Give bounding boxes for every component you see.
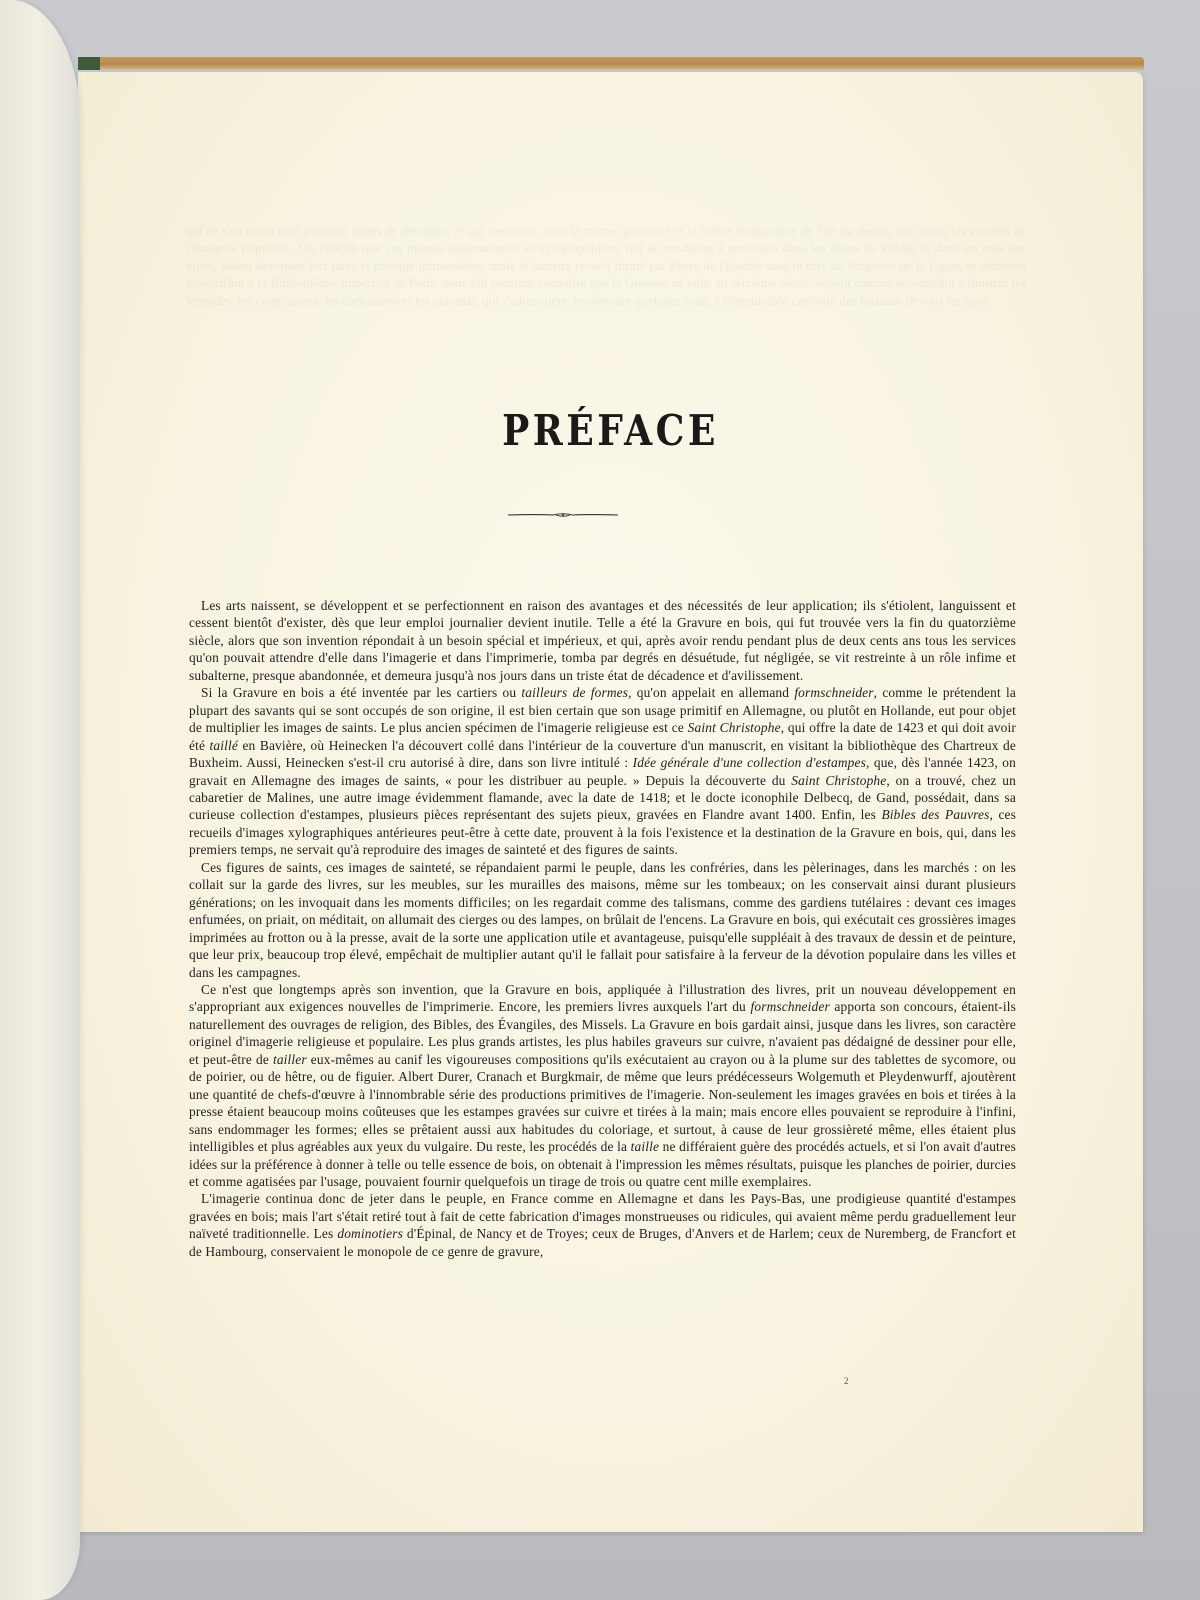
preface-body: Les arts naissent, se développent et se … bbox=[189, 597, 1016, 1260]
facing-page-curl bbox=[0, 0, 80, 1600]
text-run: Si la Gravure en bois a été inventée par… bbox=[201, 685, 521, 700]
paragraph: Les arts naissent, se développent et se … bbox=[189, 597, 1016, 684]
italic-phrase: Saint Christophe bbox=[791, 773, 886, 788]
italic-phrase: Bibles des Pauvres bbox=[881, 807, 989, 822]
text-run: , qu'on appelait en allemand bbox=[628, 685, 794, 700]
book-page: qui ne s'en tenait déjà plus aux sujets … bbox=[78, 72, 1143, 1532]
text-run: Ces figures de saints, ces images de sai… bbox=[189, 860, 1016, 980]
paragraph: Ce n'est que longtemps après son inventi… bbox=[189, 981, 1016, 1190]
italic-phrase: tailleurs de formes bbox=[521, 685, 628, 700]
page-title: PRÉFACE bbox=[153, 406, 1069, 455]
italic-phrase: tailler bbox=[273, 1052, 307, 1067]
text-run: Les arts naissent, se développent et se … bbox=[189, 598, 1016, 683]
paragraph: Si la Gravure en bois a été inventée par… bbox=[189, 684, 1016, 859]
paragraph: Ces figures de saints, ces images de sai… bbox=[189, 859, 1016, 981]
show-through-text: qui ne s'en tenait déjà plus aux sujets … bbox=[186, 222, 1026, 309]
book-top-edge bbox=[78, 57, 1144, 70]
italic-phrase: Idée générale d'une collection d'estampe… bbox=[633, 755, 866, 770]
page-number: 2 bbox=[844, 1376, 849, 1386]
italic-phrase: Saint Christophe bbox=[688, 720, 781, 735]
italic-phrase: formschneider bbox=[751, 999, 830, 1014]
title-ornament-rule bbox=[508, 512, 618, 518]
italic-phrase: dominotiers bbox=[337, 1226, 403, 1241]
italic-phrase: taillé bbox=[210, 738, 238, 753]
italic-phrase: formschneider bbox=[794, 685, 873, 700]
paragraph: L'imagerie continua donc de jeter dans l… bbox=[189, 1190, 1016, 1260]
italic-phrase: taille bbox=[631, 1139, 659, 1154]
book-spine-cloth bbox=[78, 57, 100, 70]
